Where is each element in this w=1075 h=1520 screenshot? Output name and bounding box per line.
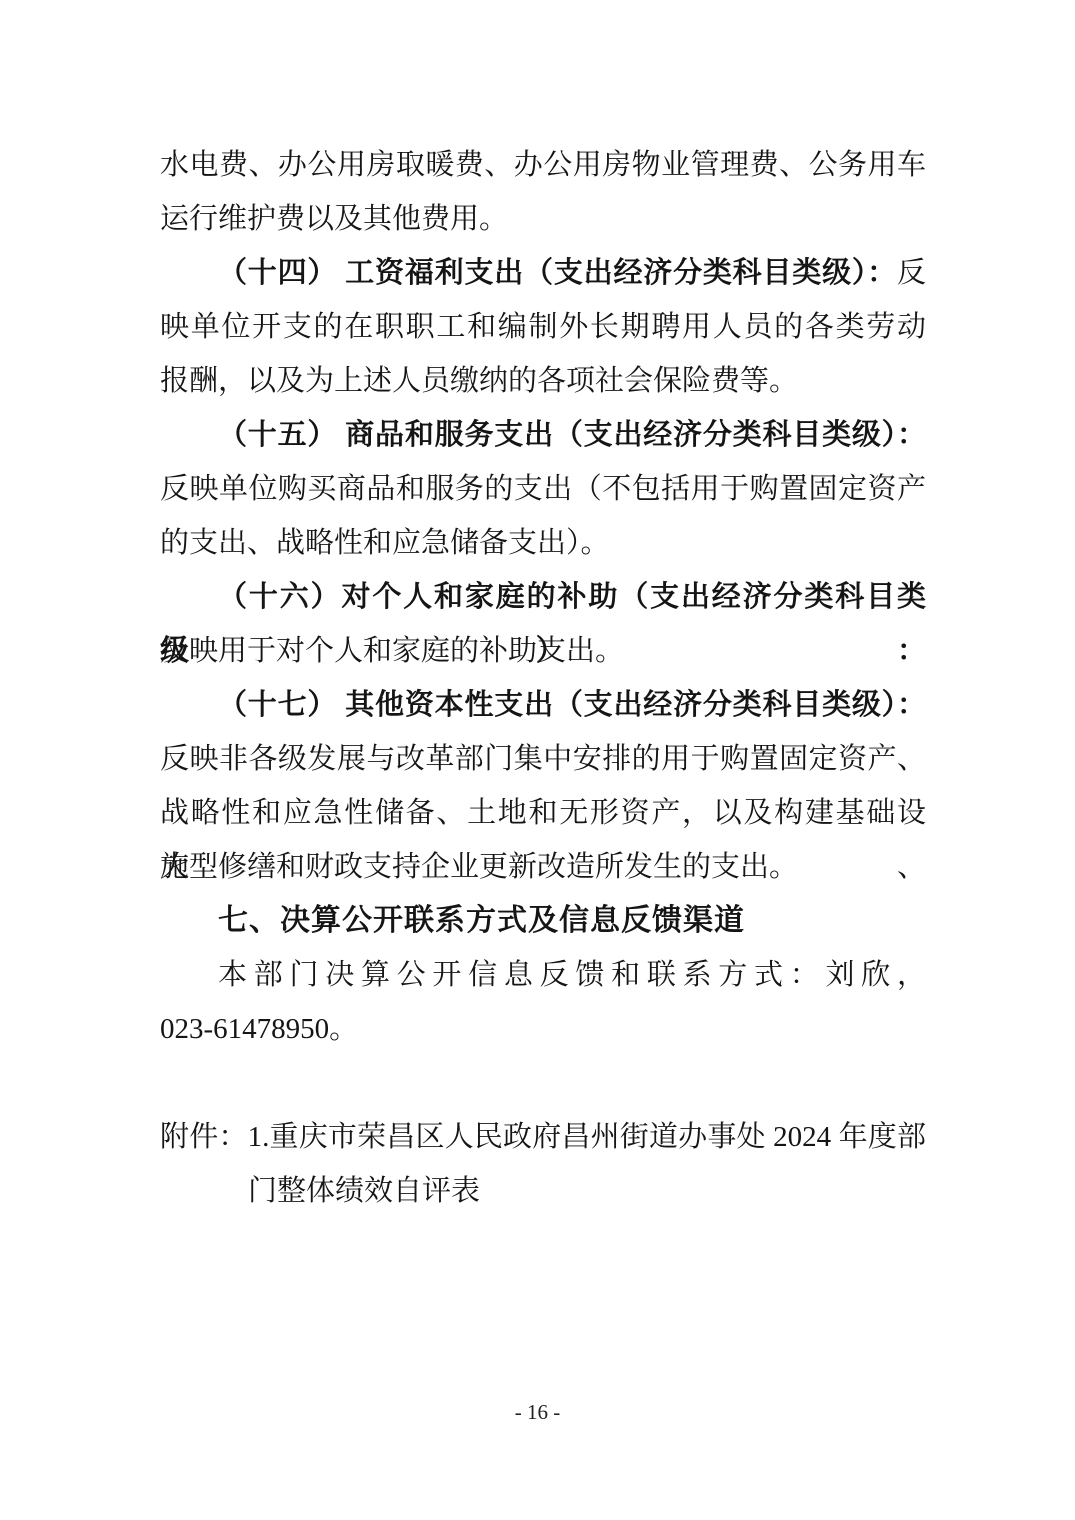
contact-phone-line: 023-61478950。	[160, 1002, 926, 1056]
item-17-body-1: 反映非各级发展与改革部门集中安排的用于购置固定资产、	[160, 732, 926, 786]
blank-line-spacer	[160, 1056, 926, 1110]
document-body: 水电费、办公用房取暖费、办公用房物业管理费、公务用车 运行维护费以及其他费用。 …	[160, 138, 926, 1218]
section-heading-7: 七、决算公开联系方式及信息反馈渠道	[160, 894, 926, 948]
heading-item-14-title: （十四） 工资福利支出（支出经济分类科目类级）：	[218, 257, 897, 289]
line-utilities-continued-2: 运行维护费以及其他费用。	[160, 192, 926, 246]
item-14-body-1: 映单位开支的在职职工和编制外长期聘用人员的各类劳动	[160, 300, 926, 354]
item-14-body-2: 报酬，以及为上述人员缴纳的各项社会保险费等。	[160, 354, 926, 408]
item-15-body-2: 的支出、战略性和应急储备支出）。	[160, 516, 926, 570]
heading-item-16: （十六）对个人和家庭的补助（支出经济分类科目类级）：	[160, 570, 926, 624]
contact-info-line: 本部门决算公开信息反馈和联系方式：刘欣，	[160, 948, 926, 1002]
document-page: 水电费、办公用房取暖费、办公用房物业管理费、公务用车 运行维护费以及其他费用。 …	[0, 0, 1075, 1520]
heading-item-17: （十七） 其他资本性支出（支出经济分类科目类级）：	[160, 678, 926, 732]
line-utilities-continued-1: 水电费、办公用房取暖费、办公用房物业管理费、公务用车	[160, 138, 926, 192]
heading-item-14-tail: 反	[897, 257, 926, 289]
attachment-line-1: 附件：1.重庆市荣昌区人民政府昌州街道办事处 2024 年度部	[160, 1110, 926, 1164]
page-number: - 16 -	[0, 1397, 1075, 1427]
item-17-body-2: 战略性和应急性储备、土地和无形资产，以及构建基础设施、	[160, 786, 926, 840]
heading-item-14: （十四） 工资福利支出（支出经济分类科目类级）：反	[160, 246, 926, 300]
heading-item-15: （十五） 商品和服务支出（支出经济分类科目类级）：	[160, 408, 926, 462]
attachment-line-2: 门整体绩效自评表	[160, 1164, 926, 1218]
item-15-body-1: 反映单位购买商品和服务的支出（不包括用于购置固定资产	[160, 462, 926, 516]
